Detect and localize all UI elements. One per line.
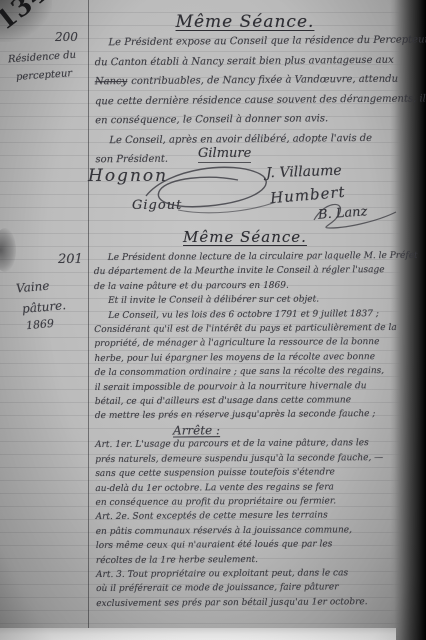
- body-line: il serait impossible de pourvoir à la no…: [95, 379, 397, 396]
- body-line: de mettre les prés en réserve jusqu'aprè…: [95, 407, 397, 424]
- body-line-text: contribuables, de Nancy fixée à Vandœuvr…: [131, 74, 398, 87]
- body-line: que cette dernière résidence cause souve…: [95, 89, 395, 111]
- signature-humbert: Humbert: [269, 183, 346, 208]
- body-line: en conséquence, le Conseil à donner son …: [95, 109, 395, 131]
- margin-rule-line: [88, 0, 89, 628]
- signature-gigout: Gigout: [132, 198, 182, 213]
- margin-entry-number-201: 201: [58, 252, 83, 267]
- body-line: Nancycontribuables, de Nancy fixée à Van…: [95, 70, 395, 92]
- struck-word: Nancy: [95, 76, 128, 87]
- body-line: exclusivement ses prés par son bétail ju…: [96, 595, 398, 612]
- body-line: Le Président expose au Conseil que la ré…: [94, 31, 394, 53]
- signature-villaume: J. Villaume: [266, 163, 342, 182]
- margin-label-201-line1: Vaine: [15, 279, 49, 296]
- section-heading-meme-seance-1: Même Séance.: [95, 12, 395, 32]
- signature-lanz: B. Lanz: [318, 204, 368, 222]
- page-bottom-edge: [0, 628, 396, 640]
- body-line: de la consommation ordinaire ; que sans …: [95, 364, 397, 381]
- margin-entry-number-200: 200: [55, 30, 78, 44]
- margin-label-201-line3: 1869: [25, 317, 54, 332]
- signature-president: Gilmure: [198, 146, 251, 163]
- entry-201-body: Le Président donne lecture de la circula…: [94, 249, 399, 611]
- manuscript-page-scan: 134 Même Séance. 200 Résidence du percep…: [0, 0, 426, 640]
- body-line: prés naturels, demeure suspendu jusqu'à …: [95, 451, 397, 468]
- body-line: du département de la Meurthe invite le C…: [94, 263, 396, 280]
- signature-hognon: Hognon: [88, 166, 168, 186]
- body-line: du Canton établi à Nancy serait bien plu…: [95, 50, 395, 72]
- section-heading-meme-seance-2: Même Séance.: [95, 228, 395, 246]
- signatures-block: Gilmure Hognon J. Villaume Gigout Humber…: [60, 146, 400, 234]
